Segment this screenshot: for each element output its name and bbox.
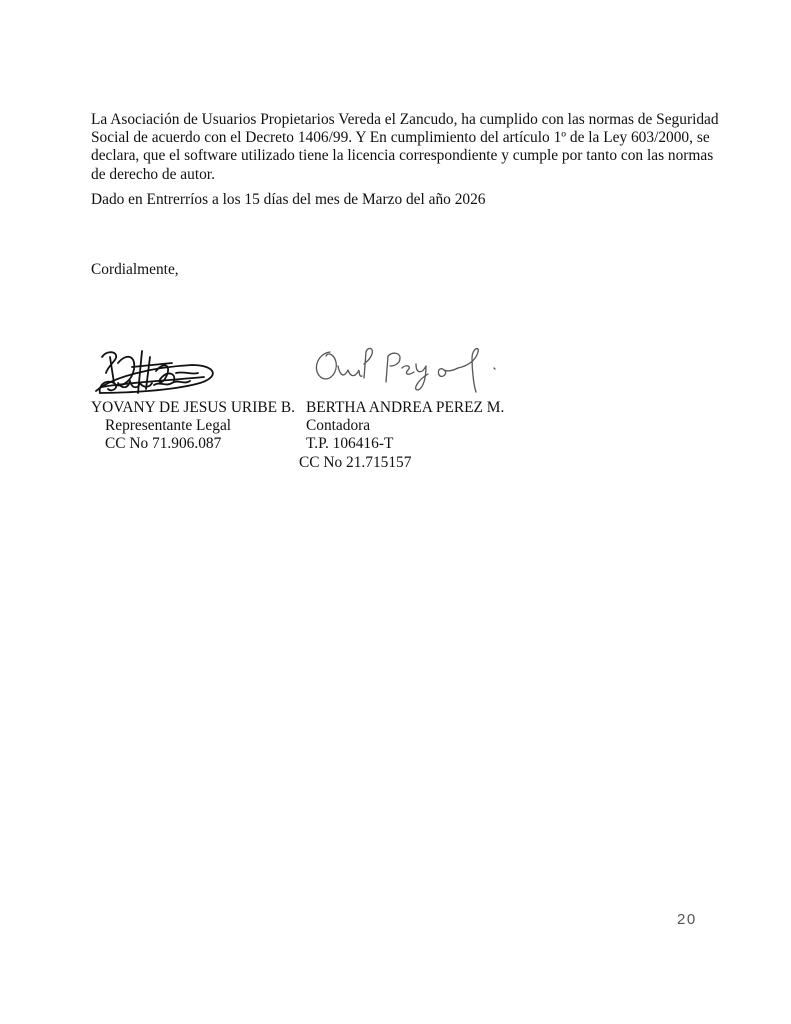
- document-page: La Asociación de Usuarios Propietarios V…: [0, 0, 791, 1024]
- signatory-name: YOVANY DE JESUS URIBE B.: [91, 399, 295, 417]
- signatory-role: Contadora: [306, 417, 504, 435]
- date-paragraph: Dado en Entrerríos a los 15 días del mes…: [91, 191, 721, 209]
- closing-salutation: Cordialmente,: [91, 261, 721, 279]
- page-number: 20: [677, 911, 697, 928]
- legal-representative-signature-icon: [92, 343, 222, 401]
- signatory-block-accountant: BERTHA ANDREA PEREZ M. Contadora T.P. 10…: [306, 399, 504, 472]
- signatory-block-legal-representative: YOVANY DE JESUS URIBE B. Representante L…: [91, 399, 295, 454]
- certification-paragraph: La Asociación de Usuarios Propietarios V…: [91, 111, 721, 184]
- signatory-role: Representante Legal: [91, 417, 295, 435]
- signatory-id: CC No 21.715157: [299, 454, 504, 472]
- signatory-name: BERTHA ANDREA PEREZ M.: [306, 399, 504, 417]
- signatory-professional-card: T.P. 106416-T: [306, 435, 504, 453]
- accountant-signature-icon: [308, 342, 508, 394]
- signatory-id: CC No 71.906.087: [91, 435, 295, 453]
